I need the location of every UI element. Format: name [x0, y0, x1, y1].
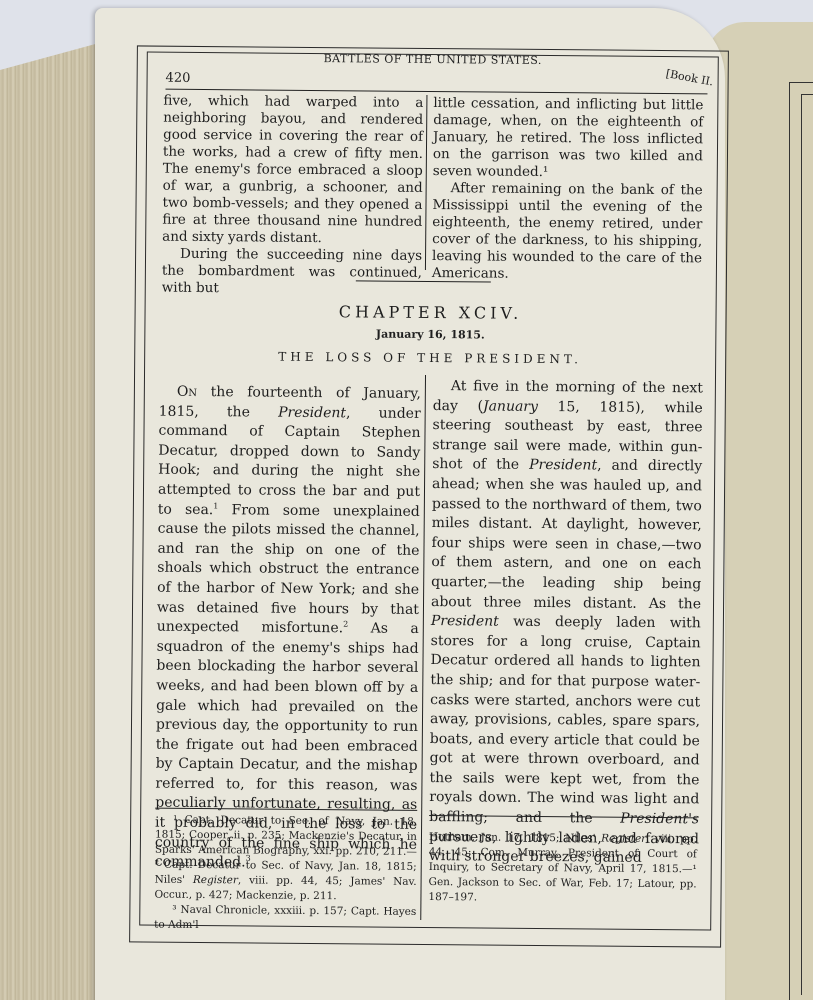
page-number: 420 [166, 71, 191, 86]
text-run: From some unexplained cause the pilots m… [157, 502, 420, 637]
paragraph: During the succeeding nine days the bomb… [162, 246, 422, 299]
text-run: was deeply laden with stores for a long … [429, 614, 701, 827]
text-run: , under command of Captain Stephen Decat… [158, 405, 421, 518]
paragraph: five, which had warped into a neighborin… [162, 93, 423, 248]
paragraph: On the fourteenth of January, 1815, the … [155, 383, 421, 875]
footnotes-left: ¹ Capt. Decatur to Sec. of Navy, Jan. 18… [154, 813, 417, 935]
ship-name: President's [620, 811, 699, 828]
book-page: BATTLES OF THE UNITED STATES. 420 [Book … [95, 8, 725, 1000]
paragraph: little cessation, and inflicting but lit… [433, 95, 704, 182]
text-run: Hotham, Jan. 17, 1815; Niles' [429, 831, 601, 845]
chapter-date: January 16, 1815. [145, 326, 715, 344]
main-left-column: On the fourteenth of January, 1815, the … [155, 383, 421, 875]
top-right-column: little cessation, and inflicting but lit… [432, 95, 704, 284]
footnote: Hotham, Jan. 17, 1815; Niles' Register, … [428, 830, 697, 907]
italic-title: Register [601, 833, 646, 845]
page-edges-stack [0, 40, 110, 1000]
drop-cap: On [177, 384, 197, 400]
chapter-title: THE LOSS OF THE PRESIDENT. [145, 349, 715, 368]
ship-name: President [529, 457, 597, 474]
paragraph: At five in the morning of the next day (… [429, 377, 703, 869]
ship-name: President [278, 404, 346, 421]
column-divider-top [425, 95, 428, 270]
facing-page-frame-inner [801, 94, 813, 995]
main-right-column: At five in the morning of the next day (… [429, 377, 703, 869]
italic-date: January [483, 398, 538, 414]
column-divider-main [420, 375, 426, 920]
footnote: ³ Naval Chronicle, xxxiii. p. 157; Capt.… [154, 903, 416, 935]
text-run: , and directly ahead; when she was haule… [431, 458, 702, 612]
paragraph: After remaining on the bank of the Missi… [432, 180, 703, 284]
footnote: ¹ Capt. Decatur to Sec. of Navy, Jan. 18… [154, 813, 417, 905]
ship-name: President [431, 613, 499, 630]
footnotes-right: Hotham, Jan. 17, 1815; Niles' Register, … [428, 830, 697, 907]
italic-title: Register [193, 874, 238, 886]
book-label: [Book II. [665, 67, 715, 89]
top-left-column: five, which had warped into a neighborin… [162, 93, 424, 299]
chapter-heading: CHAPTER XCIV. [145, 301, 715, 325]
page-border-inner: BATTLES OF THE UNITED STATES. 420 [Book … [139, 52, 719, 931]
